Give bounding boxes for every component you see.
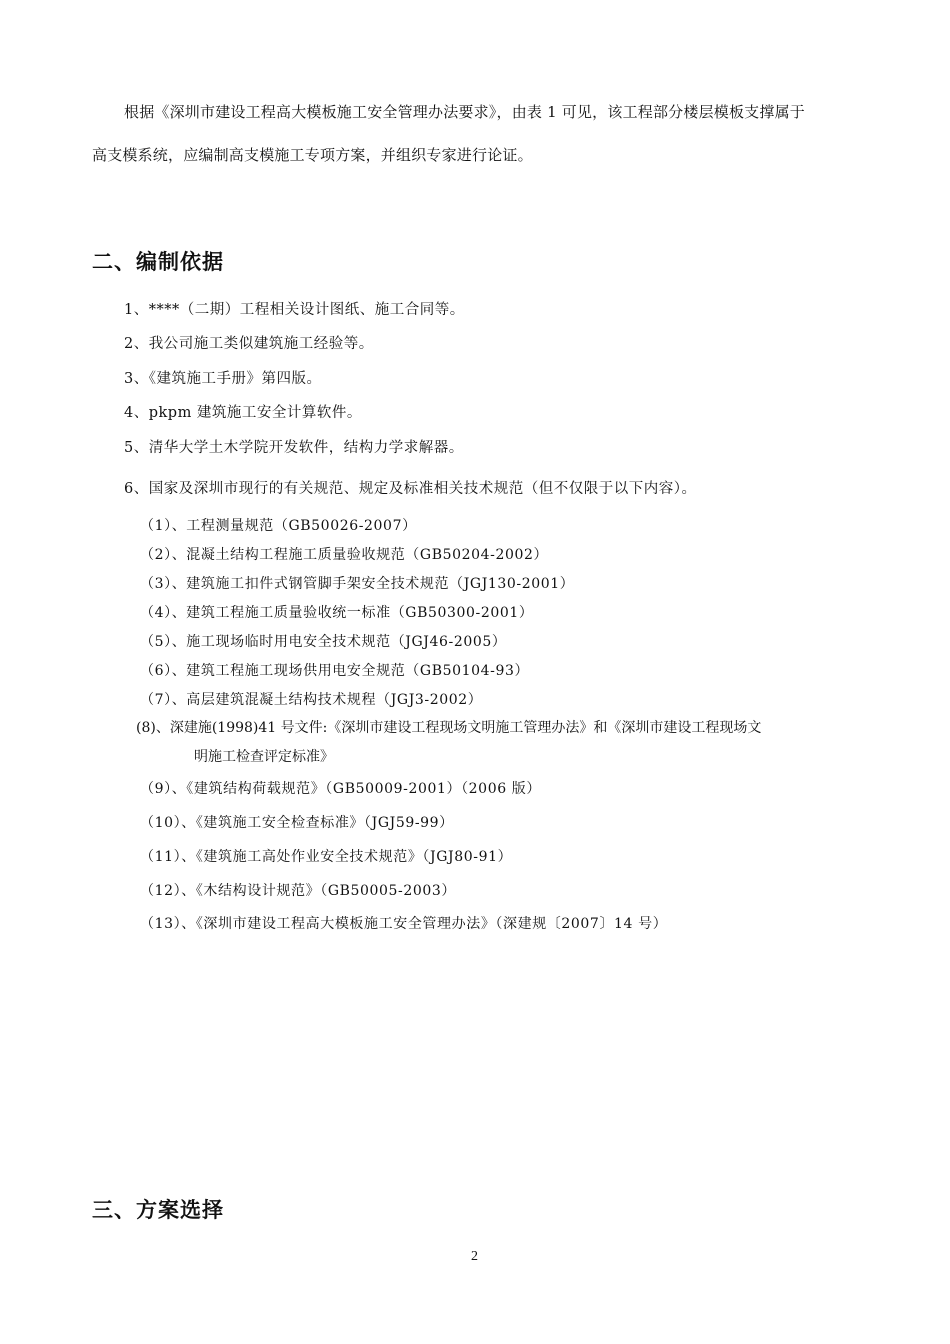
standard-item-continuation: 明施工检查评定标准》 [194,747,334,767]
standard-item: （5）、施工现场临时用电安全技术规范（JGJ46-2005） [140,632,507,652]
standard-item: （1）、工程测量规范（GB50026-2007） [140,516,417,536]
standard-item: （9）、《建筑结构荷载规范》（GB50009-2001）（2006 版） [140,779,541,799]
basis-item: 5、清华大学土木学院开发软件，结构力学求解器。 [124,438,464,458]
section-heading-basis: 二、编制依据 [92,249,224,275]
standard-item: （13）、《深圳市建设工程高大模板施工安全管理办法》（深建规〔2007〕14 号… [140,914,667,934]
standard-item: （10）、《建筑施工安全检查标准》（JGJ59-99） [140,813,454,833]
standard-item: （4）、建筑工程施工质量验收统一标准（GB50300-2001） [140,603,533,623]
standard-item: （12）、《木结构设计规范》（GB50005-2003） [140,881,456,901]
basis-item: 2、我公司施工类似建筑施工经验等。 [124,334,374,354]
page-number: 2 [471,1249,478,1265]
basis-item: 1、****（二期）工程相关设计图纸、施工合同等。 [124,300,465,320]
standard-item: （3）、建筑施工扣件式钢管脚手架安全技术规范（JGJ130-2001） [140,574,574,594]
intro-line-2: 高支模系统，应编制高支模施工专项方案，并组织专家进行论证。 [92,145,533,165]
standard-item: （6）、建筑工程施工现场供用电安全规范（GB50104-93） [140,661,529,681]
standard-item: （2）、混凝土结构工程施工质量验收规范（GB50204-2002） [140,545,548,565]
basis-item: 6、国家及深圳市现行的有关规范、规定及标准相关技术规范（但不仅限于以下内容）。 [124,479,696,499]
section-heading-scheme: 三、方案选择 [92,1197,224,1223]
intro-line-1: 根据《深圳市建设工程高大模板施工安全管理办法要求》，由表 1 可见，该工程部分楼… [124,102,805,122]
standard-item: (8)、深建施(1998)41 号文件:《深圳市建设工程现场文明施工管理办法》和… [136,718,761,738]
basis-item: 4、pkpm 建筑施工安全计算软件。 [124,403,362,423]
standard-item: （7）、高层建筑混凝土结构技术规程（JGJ3-2002） [140,690,482,710]
basis-item: 3、《建筑施工手册》第四版。 [124,369,321,389]
standard-item: （11）、《建筑施工高处作业安全技术规范》（JGJ80-91） [140,847,512,867]
document-page: 根据《深圳市建设工程高大模板施工安全管理办法要求》，由表 1 可见，该工程部分楼… [0,0,950,1344]
